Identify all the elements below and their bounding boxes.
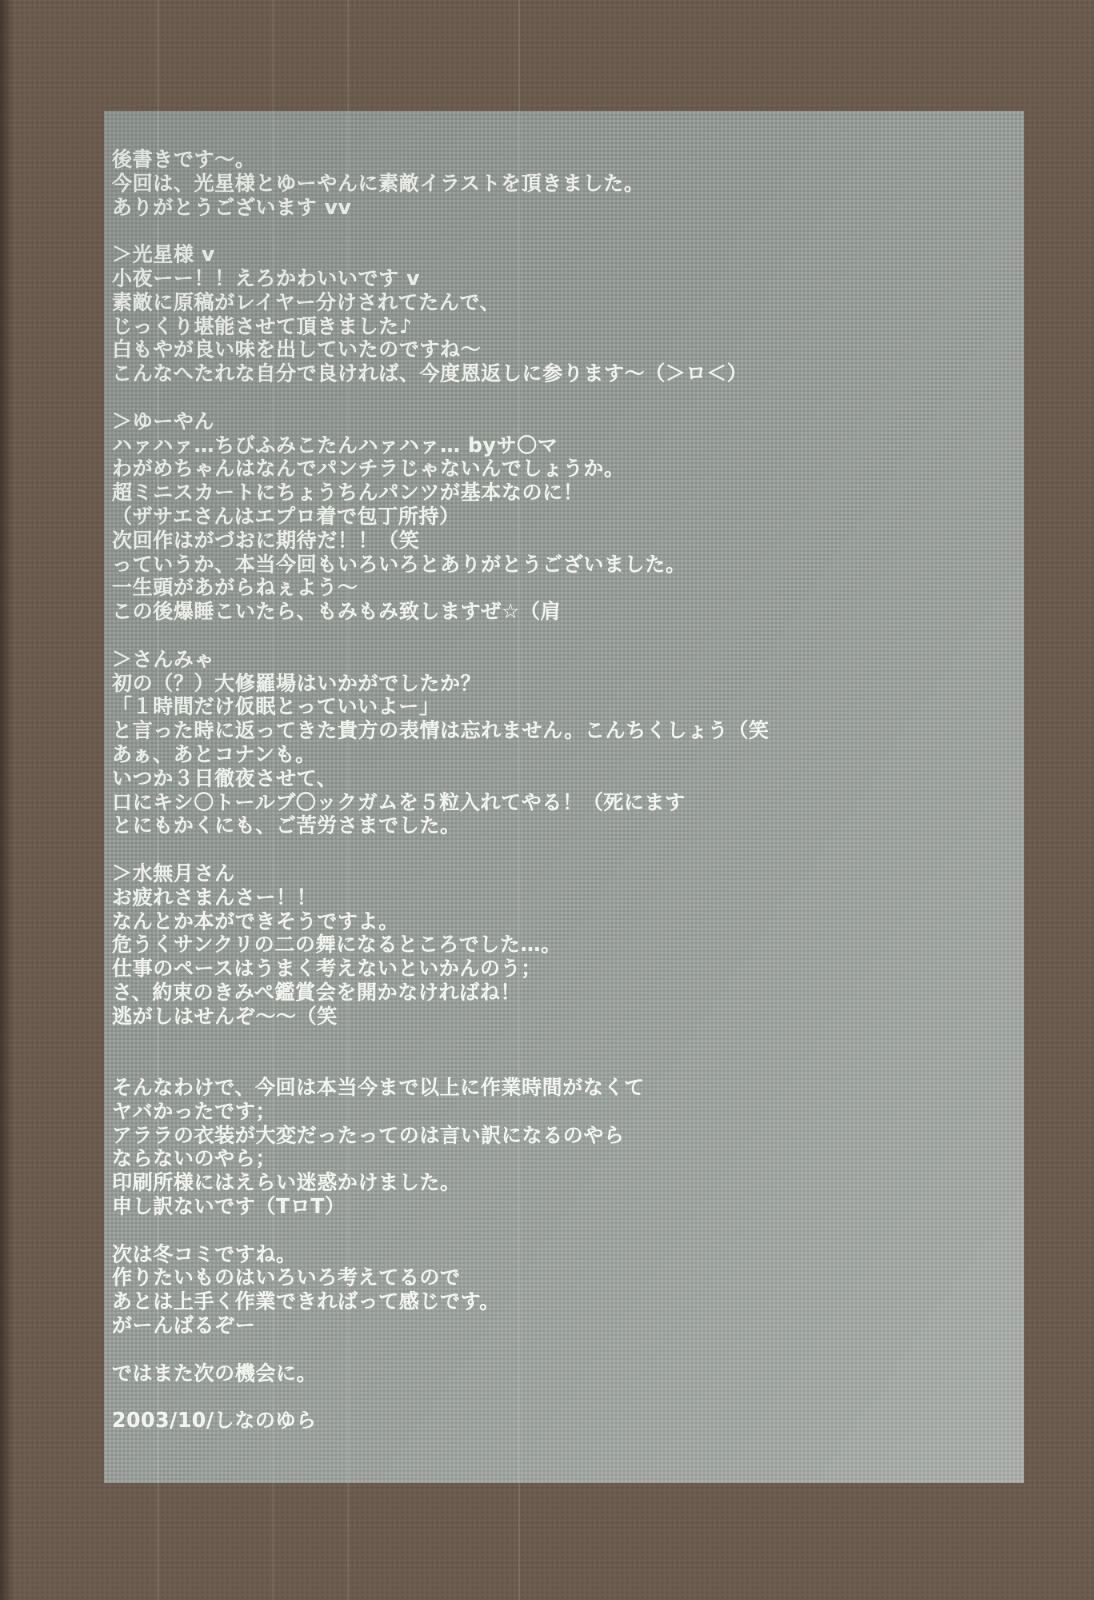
text-line: とにもかくにも、ご苦労さまでした。 — [112, 814, 1010, 838]
text-line: この後爆睡こいたら、もみもみ致しますぜ☆（肩 — [112, 600, 1010, 624]
text-line: さ、約束のきみぺ鑑賞会を開かなければね！ — [112, 981, 1010, 1005]
text-line: 仕事のペースはうまく考えないといかんのう； — [112, 957, 1010, 981]
text-line: （ザサエさんはエプロ着で包丁所持） — [112, 505, 1010, 529]
text-line: 次回作はがづおに期待だ！！（笑 — [112, 529, 1010, 553]
text-line: 逃がしはせんぞ～～（笑 — [112, 1005, 1010, 1029]
text-line: あぁ、あとコナンも。 — [112, 743, 1010, 767]
blank-line — [112, 1028, 1010, 1052]
section-header-minazuki: ＞水無月さん — [112, 862, 1010, 886]
text-line: ハァハァ…ちびふみこたんハァハァ… byサ〇マ — [112, 434, 1010, 458]
text-line: 印刷所様にはえらい迷惑かけました。 — [112, 1171, 1010, 1195]
text-line: 次は冬コミですね。 — [112, 1243, 1010, 1267]
text-line: がーんばるぞー — [112, 1314, 1010, 1338]
text-line: アララの衣装が大変だったってのは言い訳になるのやら — [112, 1124, 1010, 1148]
text-line: 白もやが良い味を出していたのですね～ — [112, 338, 1010, 362]
section-header-yuuyan: ＞ゆーやん — [112, 410, 1010, 434]
scan-edge-shadow — [0, 0, 14, 1600]
text-line: 口にキシ〇トールブ〇ックガムを５粒入れてやる！（死にます — [112, 791, 1010, 815]
text-line: 申し訳ないです（TロT） — [112, 1195, 1010, 1219]
text-line: 超ミニスカートにちょうちんパンツが基本なのに！ — [112, 481, 1010, 505]
text-line: ならないのやら； — [112, 1147, 1010, 1171]
text-line: 今回は、光星様とゆーやんに素敵イラストを頂きました。 — [112, 172, 1010, 196]
afterword-text-panel: 後書きです～。 今回は、光星様とゆーやんに素敵イラストを頂きました。 ありがとう… — [104, 111, 1024, 1483]
text-line: なんとか本ができそうですよ。 — [112, 910, 1010, 934]
blank-line — [112, 838, 1010, 862]
text-line: 「１時間だけ仮眠とっていいよー」 — [112, 695, 1010, 719]
text-line: いつか３日徹夜させて、 — [112, 767, 1010, 791]
text-line: 危うくサンクリの二の舞になるところでした…。 — [112, 933, 1010, 957]
section-header-kousei: ＞光星様 v — [112, 243, 1010, 267]
text-line: っていうか、本当今回もいろいろとありがとうございました。 — [112, 553, 1010, 577]
blank-line — [112, 624, 1010, 648]
text-line: 一生頭があがらねぇよう～ — [112, 576, 1010, 600]
blank-line — [112, 219, 1010, 243]
blank-line — [112, 1385, 1010, 1409]
text-line: と言った時に返ってきた貴方の表情は忘れません。こんちくしょう（笑 — [112, 719, 1010, 743]
text-line: お疲れさまんさー！！ — [112, 886, 1010, 910]
text-line: わがめちゃんはなんでパンチラじゃないんでしょうか。 — [112, 457, 1010, 481]
text-line: ありがとうございます vv — [112, 196, 1010, 220]
date-credit-line: 2003/10/しなのゆら — [112, 1409, 1010, 1433]
text-line: 小夜ーー！！えろかわいいです v — [112, 267, 1010, 291]
closing-line: ではまた次の機会に。 — [112, 1362, 1010, 1386]
text-line: こんなへたれな自分で良ければ、今度恩返しに参ります～（＞ロ＜） — [112, 362, 1010, 386]
section-header-sanmya: ＞さんみゃ — [112, 648, 1010, 672]
scanned-afterword-page: { "colors": { "page_border_brown": "#6a5… — [0, 0, 1094, 1600]
text-line: じっくり堪能させて頂きました♪ — [112, 315, 1010, 339]
afterword-title-line: 後書きです～。 — [112, 148, 1010, 172]
text-line: 作りたいものはいろいろ考えてるので — [112, 1266, 1010, 1290]
text-line: 素敵に原稿がレイヤー分けされてたんで、 — [112, 291, 1010, 315]
blank-line — [112, 1052, 1010, 1076]
blank-line — [112, 386, 1010, 410]
text-line: あとは上手く作業できればって感じです。 — [112, 1290, 1010, 1314]
text-line: そんなわけで、今回は本当今まで以上に作業時間がなくて — [112, 1076, 1010, 1100]
blank-line — [112, 1338, 1010, 1362]
text-line: 初の（？）大修羅場はいかがでしたか？ — [112, 672, 1010, 696]
text-line: ヤバかったです； — [112, 1100, 1010, 1124]
blank-line — [112, 1219, 1010, 1243]
